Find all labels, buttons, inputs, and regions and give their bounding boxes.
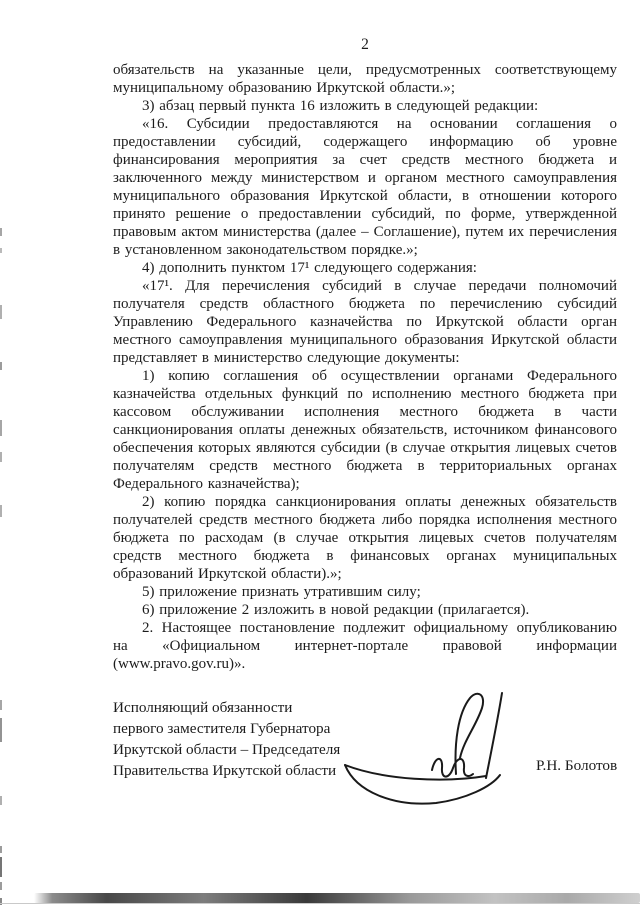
document-body: обязательств на указанные цели, предусмо… bbox=[113, 61, 617, 673]
paragraph-continuation: обязательств на указанные цели, предусмо… bbox=[113, 61, 617, 97]
signatory-position: Исполняющий обязанности первого заместит… bbox=[113, 697, 340, 781]
scan-artifact-mark bbox=[0, 248, 2, 253]
signatory-position-line: Правительства Иркутской области bbox=[113, 760, 340, 781]
signatory-name: Р.Н. Болотов bbox=[536, 757, 617, 775]
paragraph-publication: 2. Настоящее постановление подлежит офиц… bbox=[113, 619, 617, 673]
scan-edge-shadow bbox=[34, 893, 640, 903]
signatory-position-line: первого заместителя Губернатора bbox=[113, 718, 340, 739]
paragraph-amend-4: 4) дополнить пунктом 17¹ следующего соде… bbox=[113, 259, 617, 277]
scan-artifact-mark bbox=[0, 228, 2, 236]
paragraph-amend-3: 3) абзац первый пункта 16 изложить в сле… bbox=[113, 97, 617, 115]
page-number: 2 bbox=[113, 36, 617, 54]
scan-artifact-mark bbox=[0, 420, 2, 436]
document-page: 2 обязательств на указанные цели, предус… bbox=[0, 0, 640, 905]
signatory-position-line: Иркутской области – Председателя bbox=[113, 739, 340, 760]
handwritten-signature bbox=[336, 688, 506, 810]
paragraph-document-2: 2) копию порядка санкционирования оплаты… bbox=[113, 493, 617, 583]
signatory-position-line: Исполняющий обязанности bbox=[113, 697, 340, 718]
paragraph-amend-5: 5) приложение признать утратившим силу; bbox=[113, 583, 617, 601]
scan-artifact-mark bbox=[0, 452, 2, 462]
paragraph-clause-16: «16. Субсидии предоставляются на основан… bbox=[113, 115, 617, 259]
scan-artifact-mark bbox=[0, 362, 2, 370]
scan-artifact-mark bbox=[0, 882, 2, 890]
scan-artifact-mark bbox=[0, 505, 2, 517]
paragraph-clause-17-1: «17¹. Для перечисления субсидий в случае… bbox=[113, 277, 617, 367]
paragraph-amend-6: 6) приложение 2 изложить в новой редакци… bbox=[113, 601, 617, 619]
scan-artifact-mark bbox=[0, 305, 2, 319]
scan-artifact-mark bbox=[0, 857, 2, 877]
scan-artifact-mark bbox=[0, 718, 2, 742]
scan-artifact-mark bbox=[0, 700, 2, 710]
scan-artifact-mark bbox=[0, 846, 2, 853]
scan-artifact-mark bbox=[0, 796, 2, 805]
scan-bottom-line bbox=[0, 903, 640, 904]
paragraph-document-1: 1) копию соглашения об осуществлении орг… bbox=[113, 367, 617, 493]
